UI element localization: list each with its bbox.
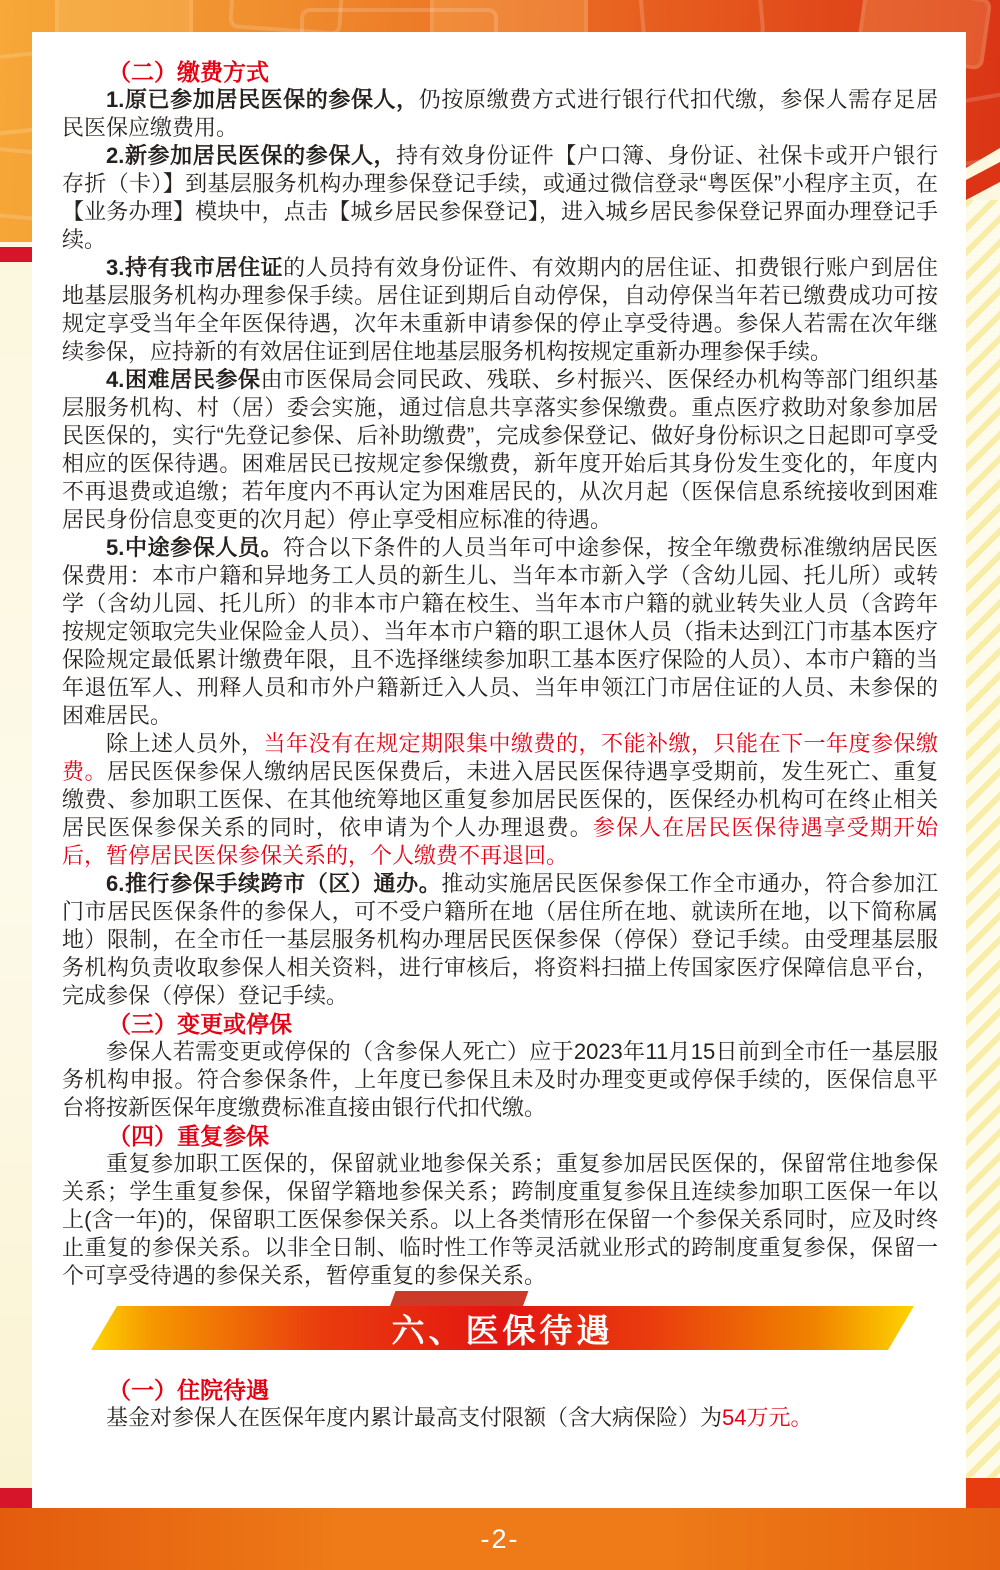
para-lead: 4.困难居民参保 bbox=[106, 367, 261, 392]
page-footer: -2- bbox=[0, 1508, 1000, 1570]
para-lead: 2.新参加居民医保的参保人， bbox=[106, 143, 396, 168]
para-duplicate-enrollment: 重复参加职工医保的，保留就业地参保关系；重复参加居民医保的，保留常住地参保关系；… bbox=[62, 1150, 938, 1290]
para-max-payment-limit: 基金对参保人在医保年度内累计最高支付限额（含大病保险）为54万元。 bbox=[62, 1404, 938, 1432]
bottom-right-red-block bbox=[966, 1478, 1000, 1508]
section-heading-change-or-stop: （三）变更或停保 bbox=[62, 1010, 938, 1038]
content-card: （二）缴费方式 1.原已参加居民医保的参保人，仍按原缴费方式进行银行代扣代缴，参… bbox=[32, 32, 966, 1508]
para-no-makeup-payment: 除上述人员外，当年没有在规定期限集中缴费的，不能补缴，只能在下一年度参保缴费。居… bbox=[62, 730, 938, 870]
para-existing-insured: 1.原已参加居民医保的参保人，仍按原缴费方式进行银行代扣代缴，参保人需存足居民医… bbox=[62, 86, 938, 142]
para-midyear-enrollment: 5.中途参保人员。符合以下条件的人员当年可中途参保，按全年缴费标准缴纳居民医保费… bbox=[62, 534, 938, 730]
para-citywide-processing: 6.推行参保手续跨市（区）通办。推动实施居民医保参保工作全市通办，符合参加江门市… bbox=[62, 870, 938, 1010]
section-heading-payment-method: （二）缴费方式 bbox=[62, 58, 938, 86]
banner-title: 六、医保待遇 bbox=[392, 1305, 614, 1352]
section-six-banner-row: 六、医保待遇 bbox=[91, 1306, 914, 1350]
page-number: -2- bbox=[481, 1524, 520, 1555]
left-crimson-stripe bbox=[0, 247, 32, 262]
section-heading-hospitalization: （一）住院待遇 bbox=[62, 1376, 938, 1404]
right-diagonal-pattern bbox=[966, 200, 1000, 1478]
para-new-insured: 2.新参加居民医保的参保人，持有效身份证件【户口簿、身份证、社保卡或开户银行存折… bbox=[62, 142, 938, 254]
para-body: 符合以下条件的人员当年可中途参保，按全年缴费标准缴纳居民医保费用：本市户籍和异地… bbox=[62, 535, 938, 728]
section-heading-duplicate-enrollment: （四）重复参保 bbox=[62, 1122, 938, 1150]
section-six-banner: 六、医保待遇 bbox=[91, 1306, 914, 1350]
para-change-or-stop: 参保人若需变更或停保的（含参保人死亡）应于2023年11月15日前到全市任一基层… bbox=[62, 1038, 938, 1122]
para-red-emphasis: 54万元。 bbox=[722, 1405, 812, 1430]
card-body-text-bottom: （一）住院待遇 基金对参保人在医保年度内累计最高支付限额（含大病保险）为54万元… bbox=[32, 1350, 966, 1432]
para-body: 除上述人员外， bbox=[106, 731, 264, 756]
para-lead: 5.中途参保人员。 bbox=[106, 535, 283, 560]
para-residence-permit: 3.持有我市居住证的人员持有效身份证件、有效期内的居住证、扣费银行账户到居住地基… bbox=[62, 254, 938, 366]
para-poor-residents: 4.困难居民参保由市医保局会同民政、残联、乡村振兴、医保经办机构等部门组织基层服… bbox=[62, 366, 938, 534]
para-body: 基金对参保人在医保年度内累计最高支付限额（含大病保险）为 bbox=[106, 1405, 722, 1430]
para-lead: 6.推行参保手续跨市（区）通办。 bbox=[106, 871, 441, 896]
card-body-text: （二）缴费方式 1.原已参加居民医保的参保人，仍按原缴费方式进行银行代扣代缴，参… bbox=[32, 32, 966, 1290]
para-lead: 1.原已参加居民医保的参保人， bbox=[106, 87, 419, 112]
para-lead: 3.持有我市居住证 bbox=[106, 255, 283, 280]
bottom-left-crimson-block bbox=[0, 1488, 32, 1508]
